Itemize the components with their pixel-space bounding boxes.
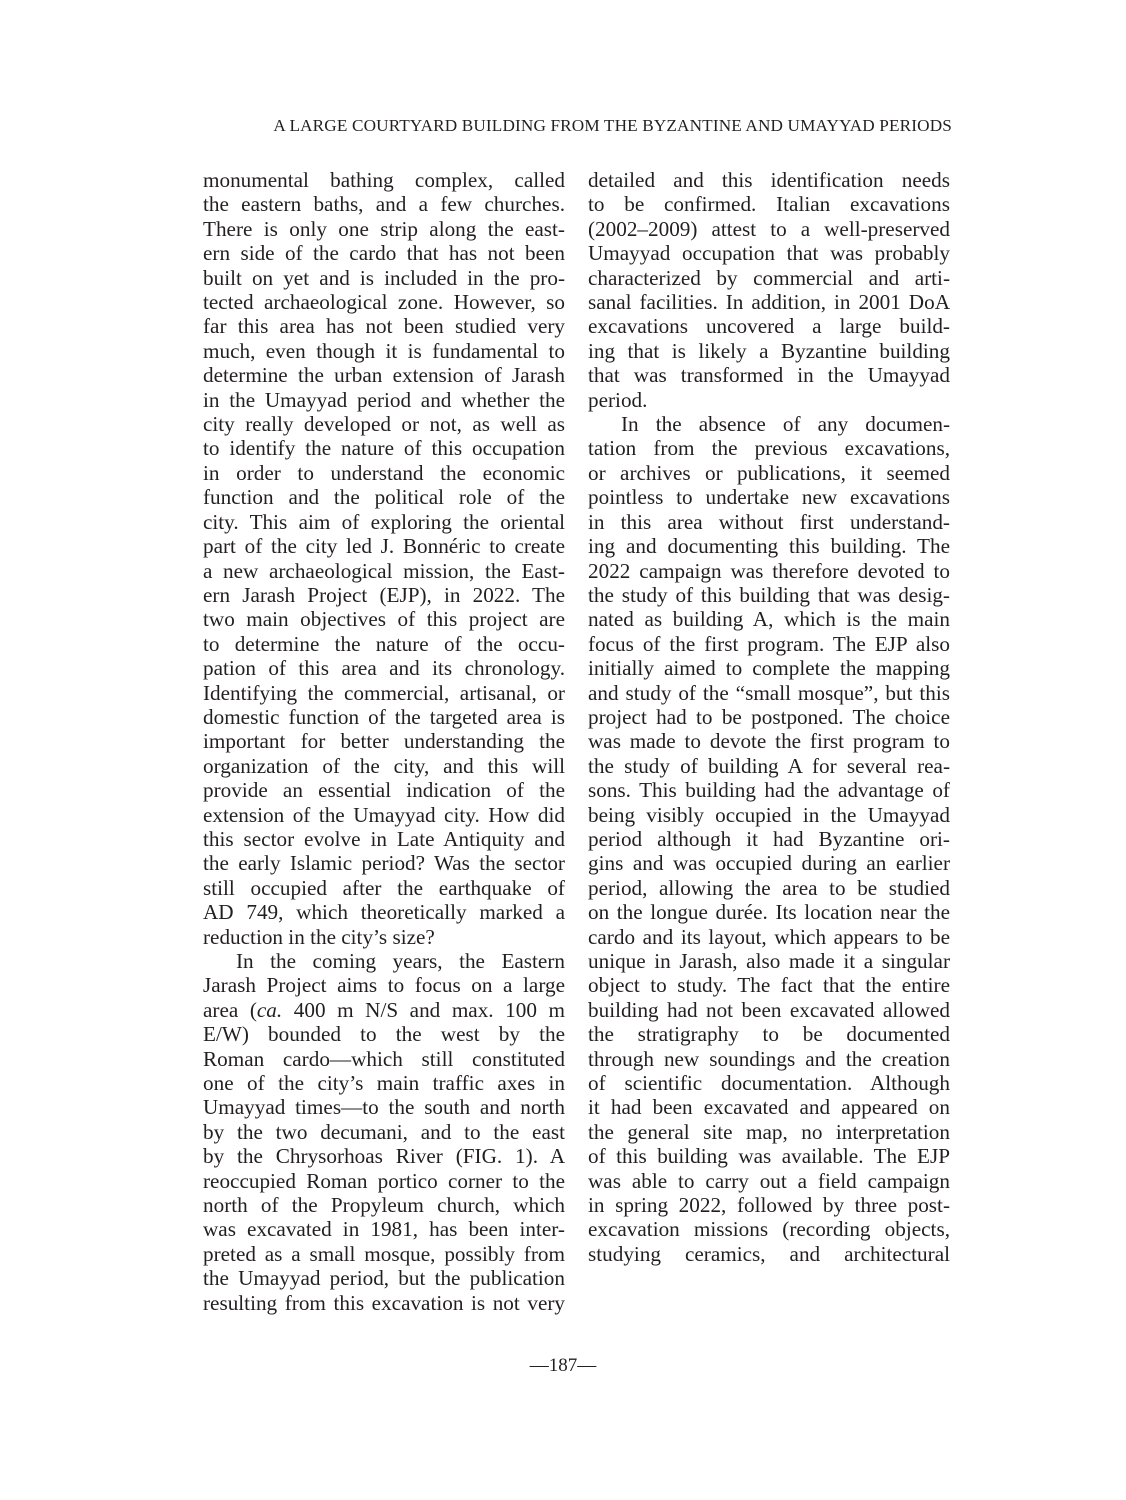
text-line: focus of the first program. The EJP also bbox=[588, 632, 950, 656]
text-line: In the coming years, the Eastern bbox=[203, 949, 565, 973]
text-line: the study of this building that was desi… bbox=[588, 583, 950, 607]
right-text-column: detailed and this identification needsto… bbox=[588, 168, 950, 1266]
text-line: it had been excavated and appeared on bbox=[588, 1095, 950, 1119]
text-line: detailed and this identification needs bbox=[588, 168, 950, 192]
text-line: the study of building A for several rea- bbox=[588, 754, 950, 778]
text-line: important for better understanding the bbox=[203, 729, 565, 753]
text-line: Umayyad times—to the south and north bbox=[203, 1095, 565, 1119]
text-line: extension of the Umayyad city. How did bbox=[203, 803, 565, 827]
text-line: the stratigraphy to be documented bbox=[588, 1022, 950, 1046]
text-line: in order to understand the economic bbox=[203, 461, 565, 485]
text-line: ing that is likely a Byzantine building bbox=[588, 339, 950, 363]
text-line: In the absence of any documen- bbox=[588, 412, 950, 436]
text-line: reduction in the city’s size? bbox=[203, 925, 565, 949]
text-line: one of the city’s main traffic axes in bbox=[203, 1071, 565, 1095]
text-line: preted as a small mosque, possibly from bbox=[203, 1242, 565, 1266]
text-line: function and the political role of the bbox=[203, 485, 565, 509]
text-line: the eastern baths, and a few churches. bbox=[203, 192, 565, 216]
text-line: period although it had Byzantine ori- bbox=[588, 827, 950, 851]
text-line: a new archaeological mission, the East- bbox=[203, 559, 565, 583]
text-line: city. This aim of exploring the oriental bbox=[203, 510, 565, 534]
text-line: resulting from this excavation is not ve… bbox=[203, 1291, 565, 1315]
text-line: being visibly occupied in the Umayyad bbox=[588, 803, 950, 827]
text-line: of scientific documentation. Although bbox=[588, 1071, 950, 1095]
text-line: 2022 campaign was therefore devoted to bbox=[588, 559, 950, 583]
text-line: was made to devote the first program to bbox=[588, 729, 950, 753]
text-line: pointless to undertake new excavations bbox=[588, 485, 950, 509]
text-line: to identify the nature of this occupatio… bbox=[203, 436, 565, 460]
text-line: in the Umayyad period and whether the bbox=[203, 388, 565, 412]
text-line: by the two decumani, and to the east bbox=[203, 1120, 565, 1144]
text-line: was excavated in 1981, has been inter- bbox=[203, 1217, 565, 1241]
text-line: tation from the previous excavations, bbox=[588, 436, 950, 460]
text-line: city really developed or not, as well as bbox=[203, 412, 565, 436]
text-line: studying ceramics, and architectural bbox=[588, 1242, 950, 1266]
text-line: the Umayyad period, but the publication bbox=[203, 1266, 565, 1290]
text-line: of this building was available. The EJP bbox=[588, 1144, 950, 1168]
text-line: the early Islamic period? Was the sector bbox=[203, 851, 565, 875]
text-line: There is only one strip along the east- bbox=[203, 217, 565, 241]
text-line: the general site map, no interpretation bbox=[588, 1120, 950, 1144]
text-line: project had to be postponed. The choice bbox=[588, 705, 950, 729]
text-line: characterized by commercial and arti- bbox=[588, 266, 950, 290]
text-line: Roman cardo—which still constituted bbox=[203, 1047, 565, 1071]
text-line: Jarash Project aims to focus on a large bbox=[203, 973, 565, 997]
text-line: area (ca. 400 m N/S and max. 100 m bbox=[203, 998, 565, 1022]
text-line: nated as building A, which is the main bbox=[588, 607, 950, 631]
text-line: much, even though it is fundamental to bbox=[203, 339, 565, 363]
text-line: this sector evolve in Late Antiquity and bbox=[203, 827, 565, 851]
text-line: in spring 2022, followed by three post- bbox=[588, 1193, 950, 1217]
text-line: on the longue durée. Its location near t… bbox=[588, 900, 950, 924]
text-line: gins and was occupied during an earlier bbox=[588, 851, 950, 875]
text-line: organization of the city, and this will bbox=[203, 754, 565, 778]
text-line: building had not been excavated allowed bbox=[588, 998, 950, 1022]
text-line: cardo and its layout, which appears to b… bbox=[588, 925, 950, 949]
text-line: reoccupied Roman portico corner to the bbox=[203, 1169, 565, 1193]
text-line: provide an essential indication of the bbox=[203, 778, 565, 802]
text-line: period, allowing the area to be studied bbox=[588, 876, 950, 900]
page-number: —187— bbox=[0, 1355, 1126, 1377]
text-line: excavations uncovered a large build- bbox=[588, 314, 950, 338]
italic-abbreviation: ca. bbox=[257, 998, 282, 1022]
text-line: ing and documenting this building. The bbox=[588, 534, 950, 558]
text-line: monumental bathing complex, called bbox=[203, 168, 565, 192]
text-line: north of the Propyleum church, which bbox=[203, 1193, 565, 1217]
text-line: excavation missions (recording objects, bbox=[588, 1217, 950, 1241]
text-line: built on yet and is included in the pro- bbox=[203, 266, 565, 290]
text-line: Umayyad occupation that was probably bbox=[588, 241, 950, 265]
text-line: pation of this area and its chronology. bbox=[203, 656, 565, 680]
text-line: still occupied after the earthquake of bbox=[203, 876, 565, 900]
text-line: E/W) bounded to the west by the bbox=[203, 1022, 565, 1046]
text-line: object to study. The fact that the entir… bbox=[588, 973, 950, 997]
text-line: sons. This building had the advantage of bbox=[588, 778, 950, 802]
text-line: unique in Jarash, also made it a singula… bbox=[588, 949, 950, 973]
text-line: that was transformed in the Umayyad bbox=[588, 363, 950, 387]
text-line: AD 749, which theoretically marked a bbox=[203, 900, 565, 924]
text-line: ern side of the cardo that has not been bbox=[203, 241, 565, 265]
text-line: sanal facilities. In addition, in 2001 D… bbox=[588, 290, 950, 314]
text-line: part of the city led J. Bonnéric to crea… bbox=[203, 534, 565, 558]
text-line: or archives or publications, it seemed bbox=[588, 461, 950, 485]
running-head: A LARGE COURTYARD BUILDING FROM THE BYZA… bbox=[200, 114, 952, 138]
text-line: domestic function of the targeted area i… bbox=[203, 705, 565, 729]
text-line: ern Jarash Project (EJP), in 2022. The bbox=[203, 583, 565, 607]
text-line: was able to carry out a field campaign bbox=[588, 1169, 950, 1193]
text-line: to be confirmed. Italian excavations bbox=[588, 192, 950, 216]
text-line: by the Chrysorhoas River (FIG. 1). A bbox=[203, 1144, 565, 1168]
text-line: tected archaeological zone. However, so bbox=[203, 290, 565, 314]
text-line: (2002–2009) attest to a well-preserved bbox=[588, 217, 950, 241]
left-text-column: monumental bathing complex, calledthe ea… bbox=[203, 168, 565, 1315]
text-line: initially aimed to complete the mapping bbox=[588, 656, 950, 680]
text-line: two main objectives of this project are bbox=[203, 607, 565, 631]
text-line: Identifying the commercial, artisanal, o… bbox=[203, 681, 565, 705]
text-line: period. bbox=[588, 388, 950, 412]
text-line: through new soundings and the creation bbox=[588, 1047, 950, 1071]
text-line: determine the urban extension of Jarash bbox=[203, 363, 565, 387]
text-line: to determine the nature of the occu- bbox=[203, 632, 565, 656]
text-line: and study of the “small mosque”, but thi… bbox=[588, 681, 950, 705]
text-line: in this area without first understand- bbox=[588, 510, 950, 534]
text-line: far this area has not been studied very bbox=[203, 314, 565, 338]
